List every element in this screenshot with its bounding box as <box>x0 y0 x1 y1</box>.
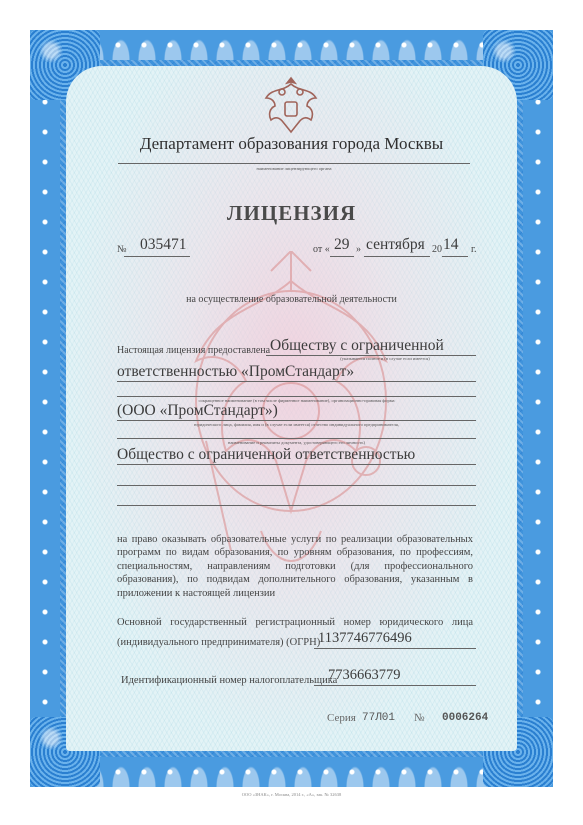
year-prefix: 20 <box>432 244 442 255</box>
inn-value: 7736663779 <box>328 667 401 684</box>
serial-number-label: № <box>414 712 425 724</box>
licensee-underline-3 <box>117 396 476 397</box>
printer-imprint: ООО «ЗНАК», г. Москва, 2014 г., «А», зак… <box>0 792 583 797</box>
inn-label: Идентификационный номер налогоплательщик… <box>121 675 337 686</box>
document-title: ЛИЦЕНЗИЯ <box>0 201 583 226</box>
granted-label: Настоящая лицензия предоставлена <box>117 345 270 356</box>
hint-identity: наименование и реквизиты документа, удос… <box>117 440 476 445</box>
number-underline <box>124 256 190 257</box>
ogrn-underline <box>314 648 476 649</box>
series-label: Серия <box>327 712 356 724</box>
date-month: сентября <box>366 236 425 254</box>
license-purpose: на осуществление образовательной деятель… <box>0 294 583 305</box>
licensee-name-line-1: Обществу с ограниченной <box>270 337 444 355</box>
coat-of-arms-icon <box>262 74 320 136</box>
serial-number: 0006264 <box>442 712 488 724</box>
hint-full-name: (указывается полное и (в случае если име… <box>300 356 470 361</box>
date-mid: » <box>356 244 361 255</box>
date-prefix: от « <box>313 244 330 255</box>
inn-underline <box>314 685 476 686</box>
day-underline <box>330 256 354 257</box>
hint-entity: юридического лица, фамилия, имя и (в слу… <box>117 422 476 427</box>
licensee-underline-8 <box>117 505 476 506</box>
date-year: 14 <box>443 236 459 254</box>
series-value: 77Л01 <box>362 712 395 724</box>
date-day: 29 <box>334 236 350 254</box>
licensee-name-line-4: Общество с ограниченной ответственностью <box>117 446 415 464</box>
license-number: 035471 <box>140 236 187 254</box>
licensee-underline-5 <box>117 438 476 439</box>
licensee-name-line-3: (ООО «ПромСтандарт») <box>117 402 278 420</box>
licensee-name-line-2: ответственностью «ПромСтандарт» <box>117 363 354 381</box>
licensee-underline-6 <box>117 464 476 465</box>
ogrn-value: 1137746776496 <box>318 630 412 647</box>
rights-description: на право оказывать образовательные услуг… <box>117 533 473 600</box>
year-underline <box>442 256 468 257</box>
ogrn-label-line-2: (индивидуального предпринимателя) (ОГРН) <box>117 637 320 648</box>
issuer-underline <box>118 163 470 164</box>
month-underline <box>364 256 430 257</box>
issuing-authority: Департамент образования города Москвы <box>0 134 583 154</box>
licensee-underline-4 <box>117 420 476 421</box>
number-label: № <box>117 244 127 255</box>
issuer-hint: наименование лицензирующего органа <box>118 166 470 171</box>
licensee-underline-7 <box>117 485 476 486</box>
licensee-underline-2 <box>117 381 476 382</box>
year-label: г. <box>471 244 476 255</box>
ogrn-label-line-1: Основной государственный регистрационный… <box>117 617 473 628</box>
